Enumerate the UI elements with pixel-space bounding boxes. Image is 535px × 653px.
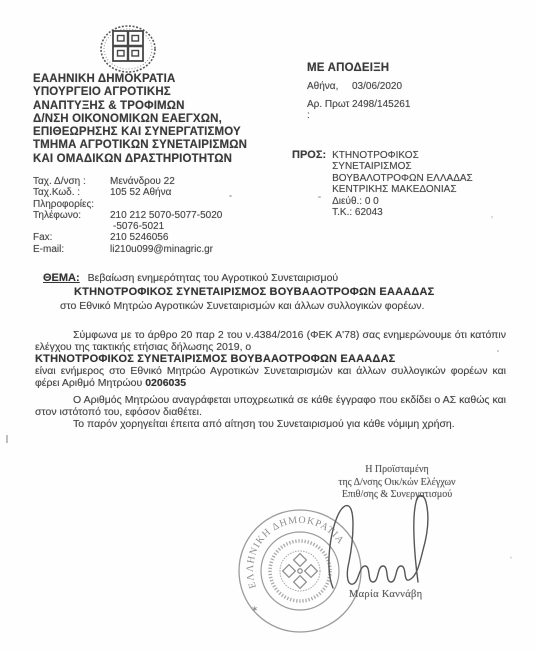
document-date: 03/06/2020 [352,81,402,92]
recipient-line: Τ.Κ.: 62043 [332,207,473,218]
greek-national-emblem-icon [96,24,160,74]
signatory-title-line: της Δ/νσης Οικ/κών Ελέγχων [308,477,486,490]
contact-value: -5076-5021 [110,221,164,232]
contact-row: Πληροφορίες: [33,199,222,210]
seal-star: ✶ [251,604,259,614]
contact-row: -5076-5021 [33,221,222,232]
contact-row: Ταχ.Κωδ. : 105 52 Αθήνα [33,187,222,198]
subject-line3: στο Εθνικό Μητρώο Αγροτικών Συνεταιρισμώ… [60,300,513,312]
recipient-label: ΠΡΟΣ: [292,150,326,218]
recipient-line: ΣΥΝΕΤΑΙΡΙΣΜΟΣ [332,161,473,172]
signatory-title-line: Η Προϊσταμένη [308,464,486,477]
letter-body: Σύμφωνα με το άρθρο 20 παρ 2 του ν.4384/… [35,329,506,430]
place-label: Αθήνα, [307,81,352,92]
contact-block: Ταχ. Δ/νση : Μενάνδρου 22 Ταχ.Κωδ. : 105… [33,176,222,255]
subject-block: ΘΕΜΑ: Βεβαίωση ενημερότητας του Αγροτικο… [43,272,513,312]
email-value: li210u099@minagric.gr [110,244,213,255]
recipient-block: ΠΡΟΣ: ΚΤΗΝΟΤΡΟΦΙΚΟΣ ΣΥΝΕΤΑΙΡΙΣΜΟΣ ΒΟΥΒΑΛ… [292,150,473,218]
subject-org-name: ΚΤΗΝΟΤΡΟΦΙΚΟΣ ΣΥΝΕΤΑΙΡΙΣΜΟΣ ΒΟΥΒΑΑΟΤΡΟΦΩ… [74,286,513,298]
contact-value: 210 5246056 [110,232,168,243]
agency-line: ΥΠΟΥΡΓΕΙΟ ΑΓΡΟΤΙΚΗΣ [33,86,247,99]
recipient-lines: ΚΤΗΝΟΤΡΟΦΙΚΟΣ ΣΥΝΕΤΑΙΡΙΣΜΟΣ ΒΟΥΒΑΛΟΤΡΟΦΩ… [332,150,473,218]
scan-artifact: ʼ [491,215,493,225]
contact-row: Ταχ. Δ/νση : Μενάνδρου 22 [33,176,222,187]
recipient-line: ΚΤΗΝΟΤΡΟΦΙΚΟΣ [332,150,473,161]
subject-line1: Βεβαίωση ενημερότητας του Αγροτικού Συνε… [88,272,339,284]
agency-header: ΕΑΑΗΝΙΚΗ ΔΗΜΟΚΡΑΤΙΑ ΥΠΟΥΡΓΕΙΟ ΑΓΡΟΤΙΚΗΣ … [33,73,247,166]
contact-value: 105 52 Αθήνα [110,187,171,198]
registry-number: 0206035 [145,377,186,389]
recipient-line: ΚΕΝΤΡΙΚΗΣ ΜΑΚΕΔΟΝΙΑΣ [332,184,473,195]
agency-line: ΤΜΗΜΑ ΑΓΡΟΤΙΚΩΝ ΣΥΝΕΤΑΙΡΙΣΜΩΝ [33,139,247,152]
body-org-name: ΚΤΗΝΟΤΡΟΦΙΚΟΣ ΣΥΝΕΤΑΙΡΙΣΜΟΣ ΒΟΥΒΑΑΟΤΡΟΦΩ… [35,353,506,365]
protocol-label: Αρ. Πρωτ : [307,99,352,121]
delivery-method: ΜΕ ΑΠΟΔΕΙΞΗ [307,62,410,74]
contact-label: Πληροφορίες: [33,199,110,210]
scan-artifact: ʻ [510,555,512,565]
protocol-row: Αρ. Πρωτ : 2498/145261 [307,99,410,121]
body-paragraph-4: Το παρόν χορηγείται έπειτα από αίτηση το… [35,418,506,430]
contact-value: Μενάνδρου 22 [110,176,175,187]
contact-row: E-mail: li210u099@minagric.gr [33,244,222,255]
body-paragraph-3: Ο Αριθμός Μητρώου αναγράφεται υποχρεωτικ… [35,394,506,418]
subject-label: ΘΕΜΑ: [43,272,80,284]
agency-line: Δ/ΝΣΗ ΟΙΚΟΝΟΜΙΚΩΝ ΕΑΕΓΧΩΝ, [33,113,247,126]
contact-value: 210 212 5070-5077-5020 [110,210,222,221]
agency-line: ΑΝΑΠΤΥΞΗΣ & ΤΡΟΦΙΜΩΝ [33,100,247,113]
body-paragraph-2-text: είναι ενήμερος στο Εθνικό Μητρώο Αγροτικ… [35,365,506,389]
date-row: Αθήνα, 03/06/2020 [307,81,410,92]
agency-line: ΕΑΑΗΝΙΚΗ ΔΗΜΟΚΡΑΤΙΑ [33,73,247,86]
contact-row: Τηλέφωνο: 210 212 5070-5077-5020 [33,210,222,221]
recipient-line: ΒΟΥΒΑΛΟΤΡΟΦΩΝ ΕΛΛΑΔΑΣ [332,173,473,184]
body-paragraph-2: είναι ενήμερος στο Εθνικό Μητρώο Αγροτικ… [35,365,506,389]
handwritten-signature [305,490,445,600]
contact-label: Ταχ.Κωδ. : [33,187,110,198]
contact-label: Fax: [33,232,110,243]
protocol-number: 2498/145261 [352,99,410,121]
scan-artifact [6,435,8,443]
body-paragraph-1: Σύμφωνα με το άρθρο 20 παρ 2 του ν.4384/… [35,329,506,353]
contact-label: E-mail: [33,244,110,255]
scan-artifact [318,196,321,198]
agency-line: ΚΑΙ ΟΜΑΔΙΚΩΝ ΔΡΑΣΤΗΡΙΟΤΗΤΩΝ [33,153,247,166]
scanned-letter-page: ΕΑΑΗΝΙΚΗ ΔΗΜΟΚΡΑΤΙΑ ΥΠΟΥΡΓΕΙΟ ΑΓΡΟΤΙΚΗΣ … [0,0,535,653]
contact-label [33,221,110,232]
contact-label: Τηλέφωνο: [33,210,110,221]
signatory-name: Μαρία Καννάβη [349,589,422,600]
recipient-line: Διεύθ.: 0 0 [332,196,473,207]
scan-artifact [229,195,232,197]
agency-line: ΕΠΙΘΕΩΡΗΣΗΣ ΚΑΙ ΣΥΝΕΡΓΑΤΙΣΜΟΥ [33,126,247,139]
contact-label: Ταχ. Δ/νση : [33,176,110,187]
scan-artifact [497,350,499,352]
dispatch-block: ΜΕ ΑΠΟΔΕΙΞΗ Αθήνα, 03/06/2020 Αρ. Πρωτ :… [307,62,410,121]
contact-row: Fax: 210 5246056 [33,232,222,243]
